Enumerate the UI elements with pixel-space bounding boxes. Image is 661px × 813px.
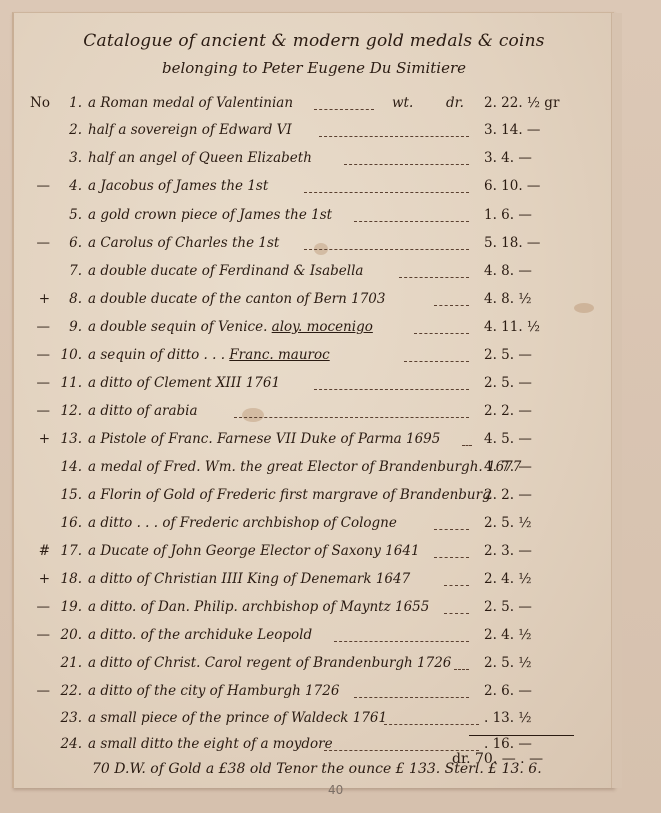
leader-dots [344, 164, 469, 165]
list-item: 2. half a sovereign of Edward VI 3. 14. … [14, 122, 614, 148]
item-value: 2. 5. — [484, 599, 532, 615]
item-description: a ditto of arabia [88, 403, 198, 419]
catalogue-subtitle: belonging to Peter Eugene Du Simitiere [14, 59, 614, 77]
item-mark: + [28, 291, 50, 307]
list-item: 23. a small piece of the prince of Walde… [14, 710, 614, 736]
item-number: 1. [54, 95, 82, 111]
list-item: — 12. a ditto of arabia 2. 2. — [14, 403, 614, 429]
item-description: a sequin of ditto . . . Franc. mauroc [88, 347, 330, 363]
item-number: 17. [54, 543, 82, 559]
item-number: 12. [54, 403, 82, 419]
item-value: 3. 14. — [484, 122, 540, 138]
leader-dots [404, 361, 469, 362]
list-item: — 19. a ditto. of Dan. Philip. archbisho… [14, 599, 614, 625]
item-number: 9. [54, 319, 82, 335]
item-value: 4. 8. ½ [484, 291, 531, 307]
list-item: 3. half an angel of Queen Elizabeth 3. 4… [14, 150, 614, 176]
leader-dots [304, 192, 469, 193]
item-number: 4. [54, 178, 82, 194]
item-number: 19. [54, 599, 82, 615]
item-value: 2. 5. — [484, 347, 532, 363]
list-item: — 20. a ditto. of the archiduke Leopold … [14, 627, 614, 653]
leader-dots [319, 136, 469, 137]
leader-dots [334, 641, 469, 642]
list-item: 21. a ditto of Christ. Carol regent of B… [14, 655, 614, 681]
item-description: a Florin of Gold of Frederic first margr… [88, 487, 491, 503]
catalogue-title: Catalogue of ancient & modern gold medal… [14, 31, 614, 51]
sum-rule [469, 735, 574, 736]
unit-header: dr. [446, 95, 464, 111]
item-description: a small piece of the prince of Waldeck 1… [88, 710, 387, 726]
item-mark: — [28, 178, 50, 194]
item-description: a Ducate of John George Elector of Saxon… [88, 543, 420, 559]
list-item: — 22. a ditto of the city of Hamburgh 17… [14, 683, 614, 709]
item-description: a Jacobus of James the 1st [88, 178, 268, 194]
item-number: 15. [54, 487, 82, 503]
item-mark: + [28, 431, 50, 447]
item-number: 13. [54, 431, 82, 447]
list-item: 16. a ditto . . . of Frederic archbishop… [14, 515, 614, 541]
item-value: 2. 5. — [484, 375, 532, 391]
item-description: half an angel of Queen Elizabeth [88, 150, 312, 166]
item-number: 8. [54, 291, 82, 307]
item-number: 3. [54, 150, 82, 166]
item-number: 24. [54, 736, 82, 752]
item-value: 2. 2. — [484, 403, 532, 419]
item-mark: — [28, 235, 50, 251]
item-description: a Pistole of Franc. Farnese VII Duke of … [88, 431, 440, 447]
leader-dots [354, 697, 469, 698]
list-item: — 6. a Carolus of Charles the 1st 5. 18.… [14, 235, 614, 261]
list-item: — 4. a Jacobus of James the 1st 6. 10. — [14, 178, 614, 204]
item-description: a ditto of Clement XIII 1761 [88, 375, 280, 391]
item-value: 2. 4. ½ [484, 627, 531, 643]
item-number: 11. [54, 375, 82, 391]
leader-dots [462, 445, 472, 446]
item-value: 6. 10. — [484, 178, 540, 194]
item-description: a ditto. of Dan. Philip. archbishop of M… [88, 599, 429, 615]
list-item: — 10. a sequin of ditto . . . Franc. mau… [14, 347, 614, 373]
manuscript-sheet: Catalogue of ancient & modern gold medal… [12, 12, 614, 788]
item-number: 14. [54, 459, 82, 475]
list-item: — 11. a ditto of Clement XIII 1761 2. 5.… [14, 375, 614, 401]
item-value: 4. 5. — [484, 431, 532, 447]
leader-dots [354, 221, 469, 222]
item-mark: — [28, 627, 50, 643]
item-value: 2. 4. ½ [484, 571, 531, 587]
leader-dots [454, 669, 469, 670]
item-number: 22. [54, 683, 82, 699]
leader-dots [434, 557, 469, 558]
item-mark: — [28, 347, 50, 363]
list-item: 15. a Florin of Gold of Frederic first m… [14, 487, 614, 513]
item-value: 2. 6. — [484, 683, 532, 699]
list-item: # 17. a Ducate of John George Elector of… [14, 543, 614, 569]
item-value: 1. 6. — [484, 207, 532, 223]
item-mark: — [28, 375, 50, 391]
leader-dots [444, 585, 469, 586]
item-number: 16. [54, 515, 82, 531]
item-value: 2. 5. ½ [484, 515, 531, 531]
list-item: + 8. a double ducate of the canton of Be… [14, 291, 614, 317]
item-value: 4. 11. ½ [484, 319, 540, 335]
item-description: a ditto of Christian IIII King of Denema… [88, 571, 410, 587]
item-number: 23. [54, 710, 82, 726]
list-item: + 18. a ditto of Christian IIII King of … [14, 571, 614, 597]
item-number: 7. [54, 263, 82, 279]
item-description-text: a double sequin of Venice. [88, 319, 267, 335]
item-description: a Roman medal of Valentinian [88, 95, 293, 111]
item-description: a small ditto the eight of a moydore [88, 736, 333, 752]
total-line: 70 D.W. of Gold a £38 old Tenor the ounc… [14, 757, 614, 783]
item-description: a ditto of Christ. Carol regent of Brand… [88, 655, 451, 671]
item-description: a ditto. of the archiduke Leopold [88, 627, 312, 643]
item-description: a double sequin of Venice. aloy. mocenig… [88, 319, 373, 335]
list-item: — 9. a double sequin of Venice. aloy. mo… [14, 319, 614, 345]
weight-header: wt. [392, 95, 413, 111]
item-mark: — [28, 319, 50, 335]
list-item: + 13. a Pistole of Franc. Farnese VII Du… [14, 431, 614, 457]
leader-dots [399, 277, 469, 278]
item-description: half a sovereign of Edward VI [88, 122, 292, 138]
item-description: a double ducate of the canton of Bern 17… [88, 291, 385, 307]
item-mark: No [28, 95, 50, 111]
leader-dots [234, 417, 469, 418]
item-number: 18. [54, 571, 82, 587]
item-mark: # [28, 543, 50, 559]
leader-dots [444, 613, 469, 614]
leader-dots [434, 529, 469, 530]
item-mark: — [28, 683, 50, 699]
list-item: 7. a double ducate of Ferdinand & Isabel… [14, 263, 614, 289]
item-number: 10. [54, 347, 82, 363]
item-ruler-name: aloy. mocenigo [272, 319, 373, 335]
leader-dots [314, 389, 469, 390]
item-mark: — [28, 403, 50, 419]
item-value: 3. 4. — [484, 150, 532, 166]
item-description-text: a sequin of ditto . . . [88, 347, 225, 363]
leader-dots [304, 249, 469, 250]
item-number: 20. [54, 627, 82, 643]
item-value: 2. 5. ½ [484, 655, 531, 671]
item-mark: — [28, 599, 50, 615]
item-description: a ditto of the city of Hamburgh 1726 [88, 683, 339, 699]
item-mark: + [28, 571, 50, 587]
item-number: 5. [54, 207, 82, 223]
leader-dots [414, 333, 469, 334]
list-item: 5. a gold crown piece of James the 1st 1… [14, 207, 614, 233]
item-number: 6. [54, 235, 82, 251]
leader-dots [434, 305, 469, 306]
item-value: 4. 7. — [484, 459, 532, 475]
item-value: . 13. ½ [484, 710, 531, 726]
item-value: 2. 3. — [484, 543, 532, 559]
list-item: No 1. a Roman medal of Valentinian wt. d… [14, 95, 614, 121]
item-description: a ditto . . . of Frederic archbishop of … [88, 515, 397, 531]
item-ruler-name: Franc. mauroc [229, 347, 329, 363]
item-number: 21. [54, 655, 82, 671]
leader-dots [314, 109, 374, 110]
item-number: 2. [54, 122, 82, 138]
list-item: 14. a medal of Fred. Wm. the great Elect… [14, 459, 614, 485]
item-description: a medal of Fred. Wm. the great Elector o… [88, 459, 521, 475]
item-value: 4. 8. — [484, 263, 532, 279]
item-value: . 16. — [484, 736, 532, 752]
leader-dots [384, 724, 479, 725]
item-value: 2. 2. — [484, 487, 532, 503]
item-value: 5. 18. — [484, 235, 540, 251]
item-description: a gold crown piece of James the 1st [88, 207, 332, 223]
item-description: a double ducate of Ferdinand & Isabella [88, 263, 363, 279]
total-value: dr. 70. — . — [452, 751, 543, 767]
item-value: 2. 22. ½ gr [484, 95, 559, 111]
folio-number: 40 [328, 783, 343, 797]
item-description: a Carolus of Charles the 1st [88, 235, 279, 251]
